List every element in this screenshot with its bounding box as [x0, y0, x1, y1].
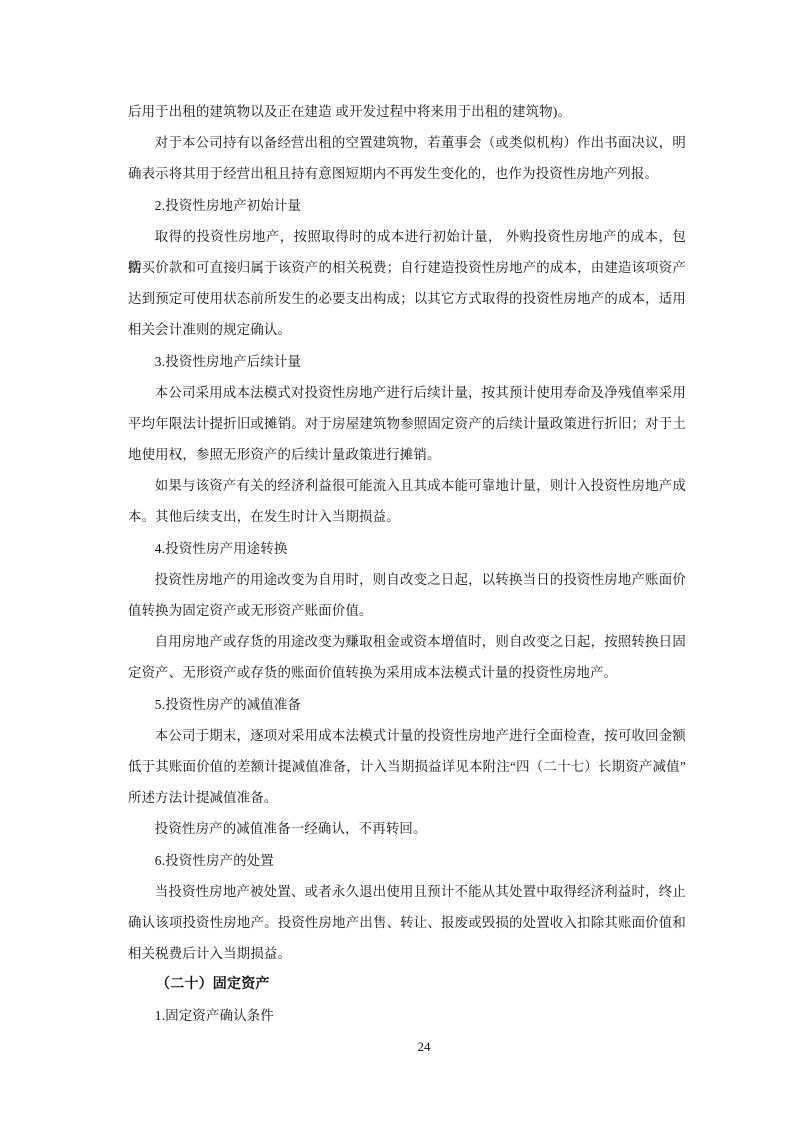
- text-line: 投资性房地产的用途改变为自用时，则自改变之日起，以转换当日的投资性房地产账面价: [128, 564, 686, 595]
- document-page: 后用于出租的建筑物以及正在建造 或开发过程中将来用于出租的建筑物)。对于本公司持…: [0, 0, 794, 1122]
- text-line: 地使用权，参照无形资产的后续计量政策进行摊销。: [128, 439, 686, 470]
- text-line: 5.投资性房产的减值准备: [128, 689, 686, 720]
- text-line: 本公司于期末，逐项对采用成本法模式计量的投资性房地产进行全面检查，按可收回金额: [128, 720, 686, 751]
- text-line: 确表示将其用于经营出租且持有意图短期内不再发生变化的，也作为投资性房地产列报。: [128, 158, 686, 189]
- text-line: 确认该项投资性房地产。投资性房地产出售、转让、报废或毁损的处置收入扣除其账面价值…: [128, 907, 686, 938]
- text-line: 达到预定可使用状态前所发生的必要支出构成；以其它方式取得的投资性房地产的成本，适…: [128, 283, 686, 314]
- text-line: 定资产、无形资产或存货的账面价值转换为采用成本法模式计量的投资性房地产。: [128, 657, 686, 688]
- text-line: 1.固定资产确认条件: [128, 1000, 686, 1031]
- text-line: 本。其他后续支出，在发生时计入当期损益。: [128, 501, 686, 532]
- page-number: 24: [403, 1038, 445, 1056]
- text-line: 低于其账面价值的差额计提减值准备，计入当期损益详见本附注“四（二十七）长期资产减…: [128, 751, 686, 782]
- text-line: 投资性房产的减值准备一经确认，不再转回。: [128, 813, 686, 844]
- section-heading: （二十）固定资产: [128, 969, 686, 1000]
- text-line: 平均年限法计提折旧或摊销。对于房屋建筑物参照固定资产的后续计量政策进行折旧；对于…: [128, 408, 686, 439]
- text-line: 本公司采用成本法模式对投资性房地产进行后续计量，按其预计使用寿命及净残值率采用: [128, 377, 686, 408]
- text-line: 相关会计准则的规定确认。: [128, 314, 686, 345]
- text-line: 所述方法计提减值准备。: [128, 782, 686, 813]
- text-line: 值转换为固定资产或无形资产账面价值。: [128, 595, 686, 626]
- text-line: 对于本公司持有以备经营出租的空置建筑物，若董事会（或类似机构）作出书面决议，明: [128, 127, 686, 158]
- text-line: 6.投资性房产的处置: [128, 845, 686, 876]
- text-line: 后用于出租的建筑物以及正在建造 或开发过程中将来用于出租的建筑物)。: [128, 96, 686, 127]
- document-body: 后用于出租的建筑物以及正在建造 或开发过程中将来用于出租的建筑物)。对于本公司持…: [128, 96, 686, 1032]
- text-line: 3.投资性房地产后续计量: [128, 346, 686, 377]
- text-line: 取得的投资性房地产，按照取得时的成本进行初始计量， 外购投资性房地产的成本，包括: [128, 221, 686, 252]
- text-line: 当投资性房地产被处置、或者永久退出使用且预计不能从其处置中取得经济利益时，终止: [128, 876, 686, 907]
- text-line: 如果与该资产有关的经济利益很可能流入且其成本能可靠地计量，则计入投资性房地产成: [128, 470, 686, 501]
- text-line: 自用房地产或存货的用途改变为赚取租金或资本增值时，则自改变之日起，按照转换日固: [128, 626, 686, 657]
- text-line: 相关税费后计入当期损益。: [128, 938, 686, 969]
- text-line: 2.投资性房地产初始计量: [128, 190, 686, 221]
- text-line: 4.投资性房产用途转换: [128, 533, 686, 564]
- text-line: 购买价款和可直接归属于该资产的相关税费；自行建造投资性房地产的成本，由建造该项资…: [128, 252, 686, 283]
